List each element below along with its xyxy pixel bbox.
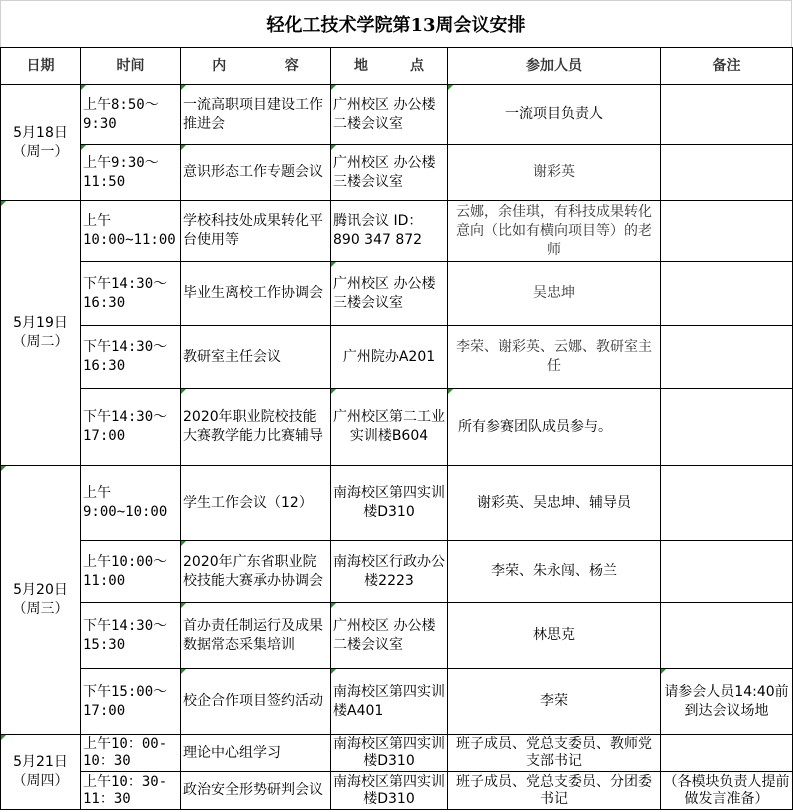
remark-cell[interactable] — [661, 735, 793, 772]
remark-cell[interactable] — [661, 145, 793, 201]
place-cell[interactable]: 南海校区第四实训楼D310 — [331, 466, 448, 541]
weekday-text: （周二） — [3, 333, 78, 352]
date-text: 5月21日 — [3, 753, 78, 772]
time-cell[interactable]: 下午15:00～17:00 — [81, 669, 181, 735]
header-place[interactable]: 地点 — [331, 48, 448, 85]
table-row: 下午14:30～16:30 毕业生离校工作协调会 广州校区 办公楼三楼会议室 吴… — [1, 262, 793, 326]
people-cell[interactable]: 吴忠坤 — [448, 262, 661, 326]
content-cell[interactable]: 意识形态工作专题会议 — [181, 145, 331, 201]
content-cell[interactable]: 学生工作会议（12） — [181, 466, 331, 541]
place-cell[interactable]: 广州校区 办公楼三楼会议室 — [331, 145, 448, 201]
header-time[interactable]: 时间 — [81, 48, 181, 85]
remark-cell[interactable] — [661, 326, 793, 389]
remark-cell[interactable] — [661, 603, 793, 669]
date-text: 5月18日 — [3, 124, 78, 143]
remark-cell[interactable] — [661, 466, 793, 541]
table-row: 5月19日 （周二） 上午 10:00~11:00 学校科技处成果转化平台使用等… — [1, 201, 793, 262]
table-row: 下午14:30～15:30 首办责任制运行及成果数据常态采集培训 广州校区 办公… — [1, 603, 793, 669]
table-row: 5月21日 （周四） 上午10：00-10：30 理论中心组学习 南海校区第四实… — [1, 735, 793, 772]
time-cell[interactable]: 下午14:30～16:30 — [81, 262, 181, 326]
table-row: 下午14:30～17:00 2020年职业院校技能大赛教学能力比赛辅导 广州校区… — [1, 389, 793, 466]
people-cell[interactable]: 李荣、谢彩英、云娜、教研室主任 — [448, 326, 661, 389]
header-row: 日期 时间 内容 地点 参加人员 备注 — [1, 48, 793, 85]
content-cell[interactable]: 政治安全形势研判会议 — [181, 772, 331, 810]
date-cell[interactable]: 5月18日 （周一） — [1, 85, 81, 201]
content-cell[interactable]: 首办责任制运行及成果数据常态采集培训 — [181, 603, 331, 669]
remark-cell[interactable]: 请参会人员14:40前到达会议场地 — [661, 669, 793, 735]
content-cell[interactable]: 校企合作项目签约活动 — [181, 669, 331, 735]
people-cell[interactable]: 谢彩英、吴忠坤、辅导员 — [448, 466, 661, 541]
content-cell[interactable]: 理论中心组学习 — [181, 735, 331, 772]
title-cell[interactable]: 轻化工技术学院第13周会议安排 — [0, 0, 792, 47]
table-row: 上午10：30-11：30 政治安全形势研判会议 南海校区第四实训楼D310 班… — [1, 772, 793, 810]
place-cell[interactable]: 广州校区 办公楼二楼会议室 — [331, 603, 448, 669]
content-cell[interactable]: 教研室主任会议 — [181, 326, 331, 389]
header-place-b: 点 — [410, 57, 424, 76]
page-title: 轻化工技术学院第13周会议安排 — [266, 11, 525, 37]
people-cell[interactable]: 所有参赛团队成员参与。 — [448, 389, 661, 466]
remark-cell[interactable] — [661, 262, 793, 326]
time-cell[interactable]: 上午10:00～11:00 — [81, 541, 181, 603]
time-cell[interactable]: 下午14:30～15:30 — [81, 603, 181, 669]
people-cell[interactable]: 班子成员、党总支委员、分团委书记 — [448, 772, 661, 810]
place-cell[interactable]: 南海校区第四实训楼D310 — [331, 772, 448, 810]
spreadsheet: 轻化工技术学院第13周会议安排 日期 时间 内容 地点 参加人员 备注 5月18… — [0, 0, 793, 812]
time-cell[interactable]: 上午 10:00~11:00 — [81, 201, 181, 262]
remark-cell[interactable]: （各模块负责人提前做发言准备） — [661, 772, 793, 810]
content-cell[interactable]: 毕业生离校工作协调会 — [181, 262, 331, 326]
place-cell[interactable]: 南海校区第四实训楼A401 — [331, 669, 448, 735]
people-cell[interactable]: 云娜，余佳琪，有科技成果转化意向（比如有横向项目等）的老师 — [448, 201, 661, 262]
content-cell[interactable]: 2020年广东省职业院校技能大赛承办协调会 — [181, 541, 331, 603]
weekday-text: （周三） — [3, 600, 78, 619]
content-cell[interactable]: 2020年职业院校技能大赛教学能力比赛辅导 — [181, 389, 331, 466]
people-cell[interactable]: 班子成员、党总支委员、教师党支部书记 — [448, 735, 661, 772]
people-cell[interactable]: 谢彩英 — [448, 145, 661, 201]
time-cell[interactable]: 上午10：00-10：30 — [81, 735, 181, 772]
table-row: 下午14:30～16:30 教研室主任会议 广州院办A201 李荣、谢彩英、云娜… — [1, 326, 793, 389]
date-cell[interactable]: 5月20日 （周三） — [1, 466, 81, 735]
weekday-text: （周一） — [3, 143, 78, 162]
weekday-text: （周四） — [3, 772, 78, 791]
date-text: 5月20日 — [3, 581, 78, 600]
content-cell[interactable]: 一流高职项目建设工作推进会 — [181, 85, 331, 145]
content-cell[interactable]: 学校科技处成果转化平台使用等 — [181, 201, 331, 262]
header-content-b: 容 — [285, 57, 299, 76]
table-row: 下午15:00～17:00 校企合作项目签约活动 南海校区第四实训楼A401 李… — [1, 669, 793, 735]
header-content[interactable]: 内容 — [181, 48, 331, 85]
place-cell[interactable]: 广州院办A201 — [331, 326, 448, 389]
time-cell[interactable]: 上午 9:00~10:00 — [81, 466, 181, 541]
remark-cell[interactable] — [661, 85, 793, 145]
place-cell[interactable]: 广州校区 办公楼三楼会议室 — [331, 262, 448, 326]
people-cell[interactable]: 一流项目负责人 — [448, 85, 661, 145]
table-row: 5月20日 （周三） 上午 9:00~10:00 学生工作会议（12） 南海校区… — [1, 466, 793, 541]
place-cell[interactable]: 腾讯会议 ID： 890 347 872 — [331, 201, 448, 262]
people-cell[interactable]: 李荣 — [448, 669, 661, 735]
header-remark[interactable]: 备注 — [661, 48, 793, 85]
place-cell[interactable]: 南海校区行政办公楼2223 — [331, 541, 448, 603]
time-cell[interactable]: 上午10：30-11：30 — [81, 772, 181, 810]
place-cell[interactable]: 广州校区第二工业实训楼B604 — [331, 389, 448, 466]
header-people[interactable]: 参加人员 — [448, 48, 661, 85]
table-row: 上午9:30～11:50 意识形态工作专题会议 广州校区 办公楼三楼会议室 谢彩… — [1, 145, 793, 201]
remark-cell[interactable] — [661, 201, 793, 262]
header-place-a: 地 — [354, 57, 368, 76]
time-cell[interactable]: 上午9:30～11:50 — [81, 145, 181, 201]
place-cell[interactable]: 南海校区第四实训楼D310 — [331, 735, 448, 772]
time-cell[interactable]: 下午14:30～16:30 — [81, 326, 181, 389]
header-date[interactable]: 日期 — [1, 48, 81, 85]
people-cell[interactable]: 林思克 — [448, 603, 661, 669]
table-row: 5月18日 （周一） 上午8:50～9:30 一流高职项目建设工作推进会 广州校… — [1, 85, 793, 145]
date-cell[interactable]: 5月19日 （周二） — [1, 201, 81, 466]
people-cell[interactable]: 李荣、朱永闯、杨兰 — [448, 541, 661, 603]
header-content-a: 内 — [212, 57, 226, 76]
time-cell[interactable]: 上午8:50～9:30 — [81, 85, 181, 145]
time-cell[interactable]: 下午14:30～17:00 — [81, 389, 181, 466]
remark-cell[interactable] — [661, 541, 793, 603]
table-row: 上午10:00～11:00 2020年广东省职业院校技能大赛承办协调会 南海校区… — [1, 541, 793, 603]
remark-cell[interactable] — [661, 389, 793, 466]
schedule-table: 日期 时间 内容 地点 参加人员 备注 5月18日 （周一） 上午8:50～9:… — [0, 47, 793, 810]
date-cell[interactable]: 5月21日 （周四） — [1, 735, 81, 810]
date-text: 5月19日 — [3, 314, 78, 333]
place-cell[interactable]: 广州校区 办公楼二楼会议室 — [331, 85, 448, 145]
